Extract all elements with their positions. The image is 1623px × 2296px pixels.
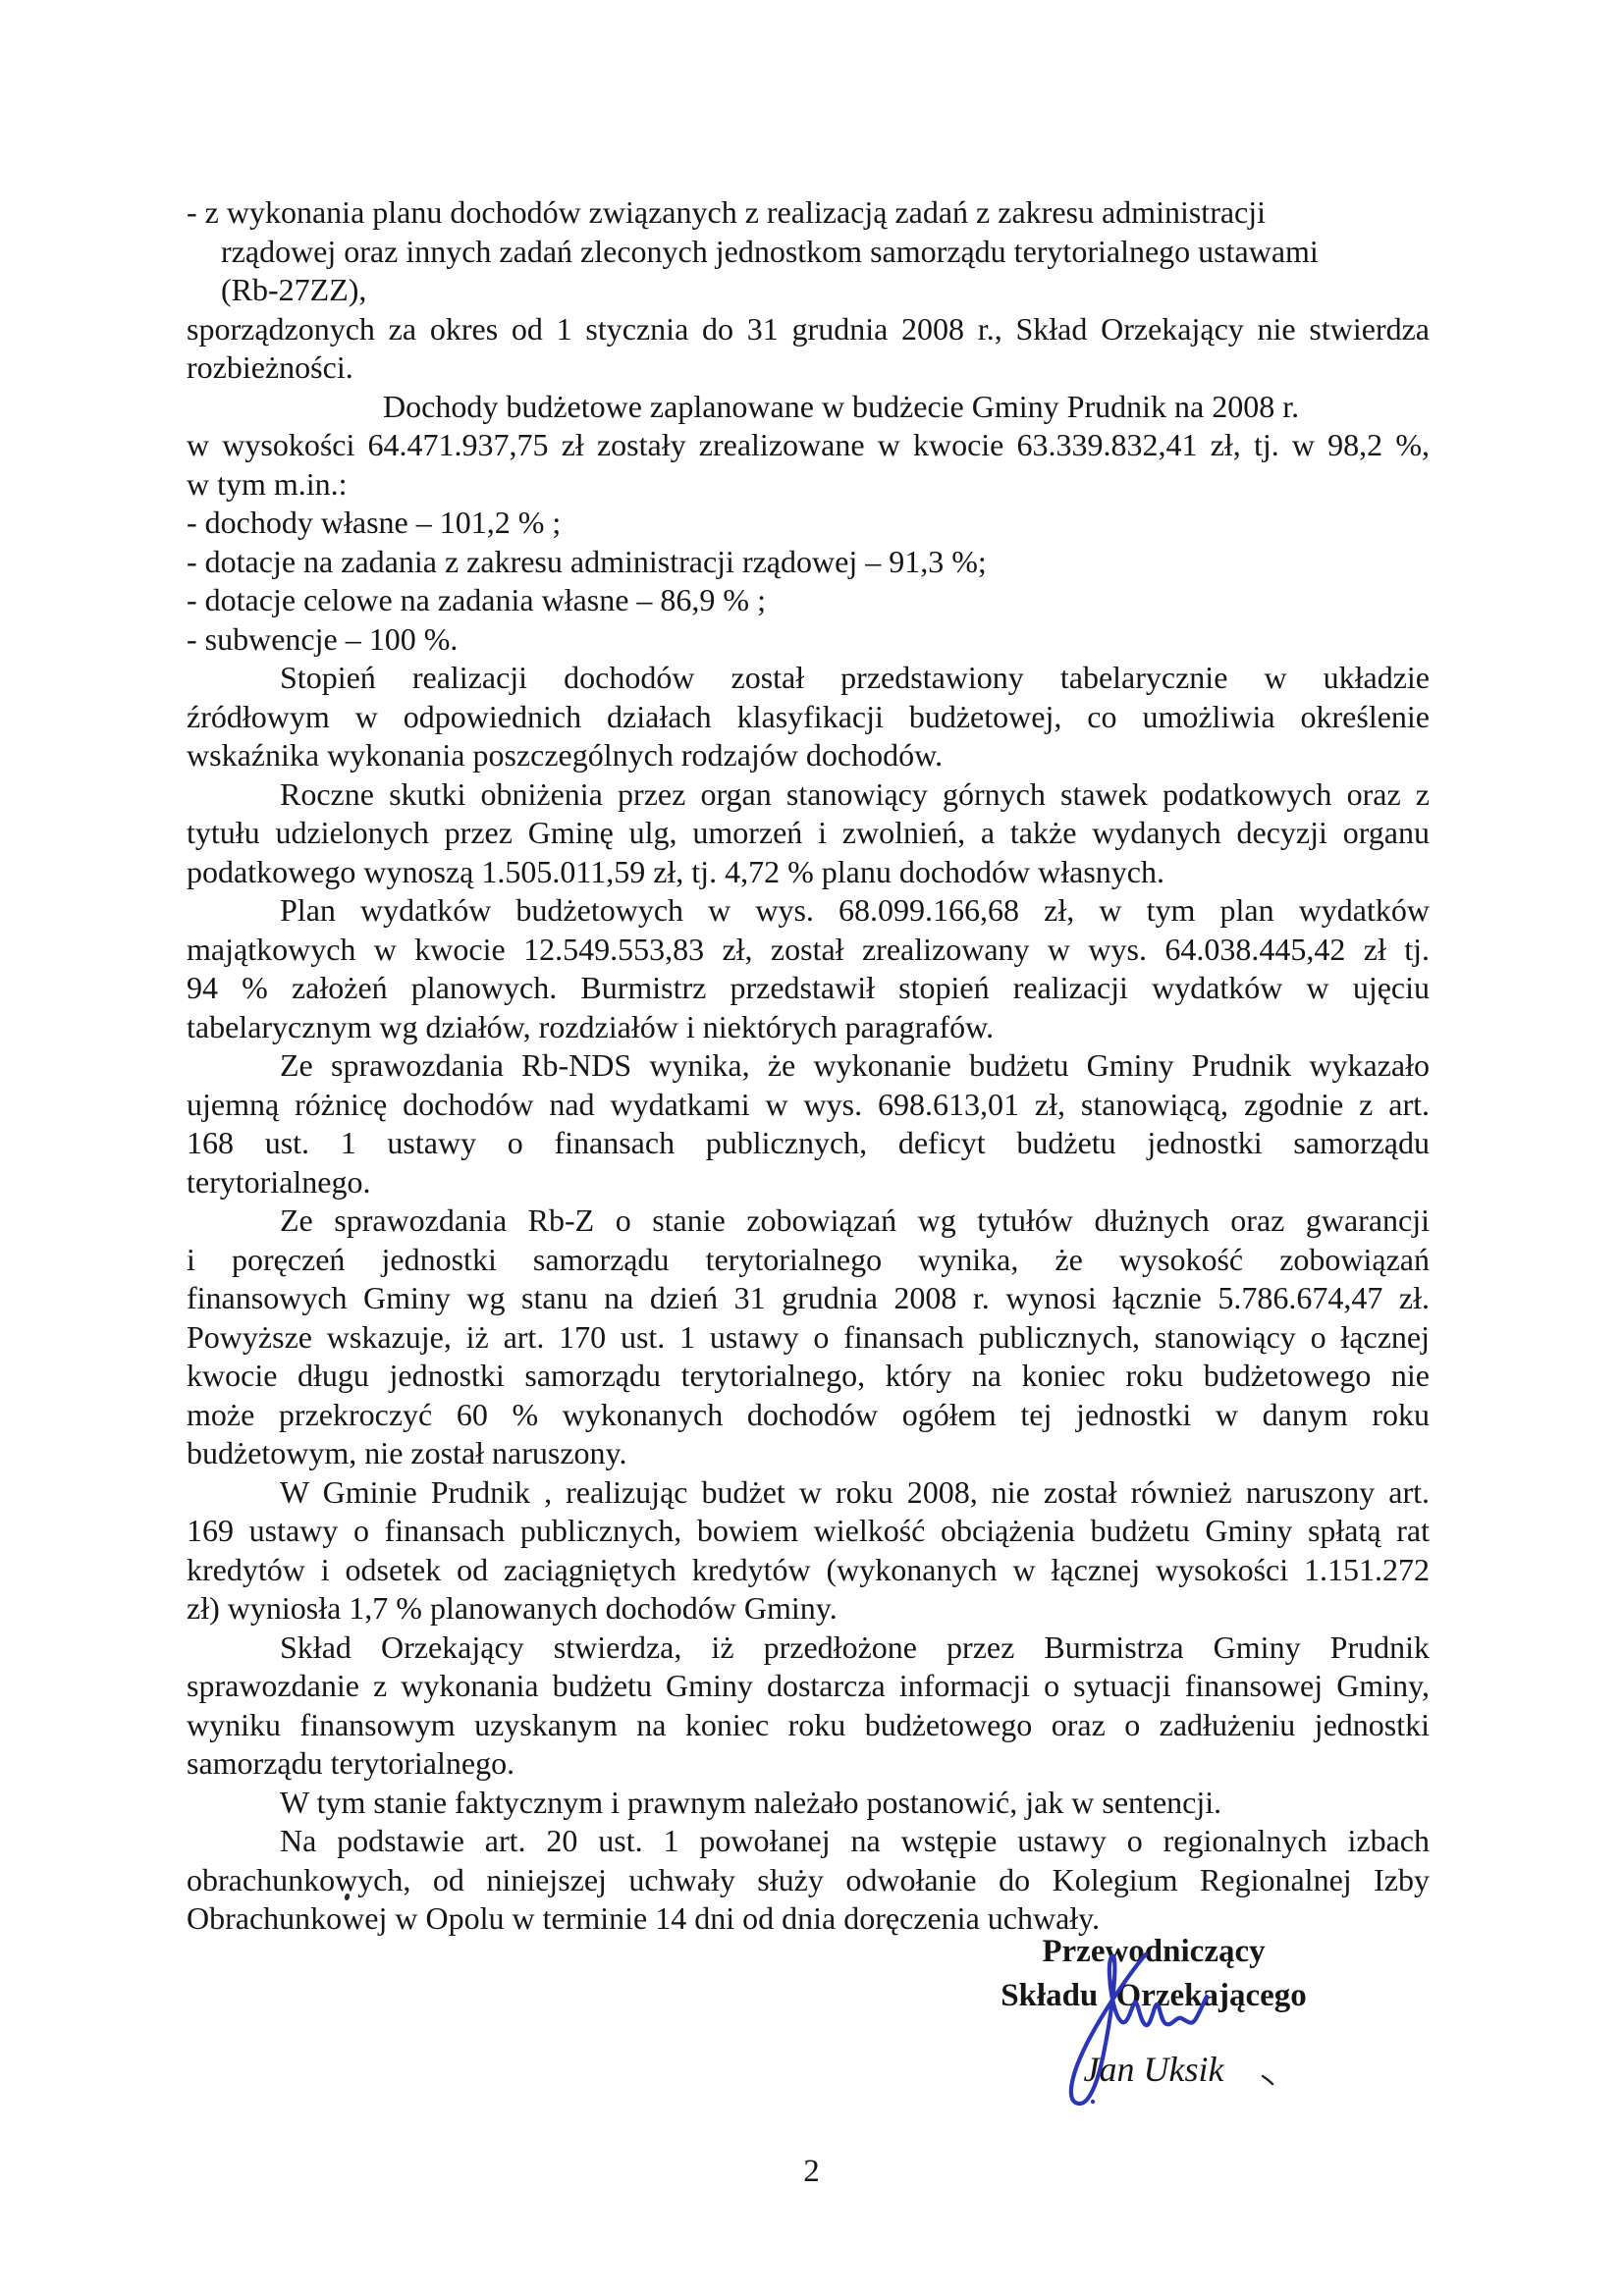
text-line: terytorialnego. <box>187 1163 1430 1202</box>
text-line: w tym m.in.: <box>187 465 1430 505</box>
text-line: budżetowym, nie został naruszony. <box>187 1434 1430 1473</box>
text-line: Plan wydatków budżetowych w wys. 68.099.… <box>187 891 1430 931</box>
list-item: - dochody własne – 101,2 % ; <box>187 504 1430 543</box>
dash-list: - dochody własne – 101,2 % ; - dotacje n… <box>187 504 1430 659</box>
paragraph: sporządzonych za okres od 1 stycznia do … <box>187 310 1430 388</box>
text-line: wskaźnika wykonania poszczególnych rodza… <box>187 736 1430 775</box>
document-page: - z wykonania planu dochodów związanych … <box>0 0 1623 2296</box>
paragraph: Skład Orzekający stwierdza, iż przedłożo… <box>187 1629 1430 1784</box>
list-item: - dotacje celowe na zadania własne – 86,… <box>187 581 1430 620</box>
text-line: finansowych Gminy wg stanu na dzień 31 g… <box>187 1279 1430 1318</box>
text-line: - z wykonania planu dochodów związanych … <box>187 193 1430 233</box>
text-line: tabelarycznym wg działów, rozdziałów i n… <box>187 1008 1430 1047</box>
text-line: zł) wyniosła 1,7 % planowanych dochodów … <box>187 1589 1430 1629</box>
paragraph: W tym stanie faktycznym i prawnym należa… <box>187 1784 1430 1823</box>
text-line: podatkowego wynoszą 1.505.011,59 zł, tj.… <box>187 853 1430 892</box>
paragraph: Stopień realizacji dochodów został przed… <box>187 659 1430 775</box>
text-line: Powyższe wskazuje, iż art. 170 ust. 1 us… <box>187 1318 1430 1358</box>
text-line: i poręczeń jednostki samorządu terytoria… <box>187 1241 1430 1280</box>
text-line: samorządu terytorialnego. <box>187 1744 1430 1784</box>
paragraph: Ze sprawozdania Rb-NDS wynika, że wykona… <box>187 1046 1430 1201</box>
text-line: tytułu udzielonych przez Gminę ulg, umor… <box>187 814 1430 853</box>
text-line: wyniku finansowym uzyskanym na koniec ro… <box>187 1706 1430 1745</box>
text-line: 169 ustawy o finansach publicznych, bowi… <box>187 1512 1430 1551</box>
text-line: rozbieżności. <box>187 348 1430 388</box>
text-line: rządowej oraz innych zadań zleconych jed… <box>187 233 1430 272</box>
text-line: Dochody budżetowe zaplanowane w budżecie… <box>187 388 1430 427</box>
paragraph: Roczne skutki obniżenia przez organ stan… <box>187 775 1430 892</box>
text-line: ujemną różnicę dochodów nad wydatkami w … <box>187 1086 1430 1125</box>
paragraph: W Gminie Prudnik , realizując budżet w r… <box>187 1473 1430 1629</box>
signer-name: Jan Uksik <box>977 2048 1330 2091</box>
text-line: W Gminie Prudnik , realizując budżet w r… <box>187 1473 1430 1513</box>
document-body: - z wykonania planu dochodów związanych … <box>187 193 1430 1939</box>
paragraph: - z wykonania planu dochodów związanych … <box>187 193 1430 310</box>
signature-role-line-1: Przewodniczący <box>977 1930 1330 1974</box>
text-line: sprawozdanie z wykonania budżetu Gminy d… <box>187 1667 1430 1706</box>
text-line: Na podstawie art. 20 ust. 1 powołanej na… <box>187 1822 1430 1861</box>
text-line: Stopień realizacji dochodów został przed… <box>187 659 1430 698</box>
text-line: w wysokości 64.471.937,75 zł zostały zre… <box>187 426 1430 465</box>
paragraph: Na podstawie art. 20 ust. 1 powołanej na… <box>187 1822 1430 1939</box>
text-line: Skład Orzekający stwierdza, iż przedłożo… <box>187 1629 1430 1668</box>
signature-role-line-2: Składu Orzekającego <box>977 1974 1330 2018</box>
text-line: majątkowych w kwocie 12.549.553,83 zł, z… <box>187 931 1430 970</box>
text-line: źródłowym w odpowiednich działach klasyf… <box>187 698 1430 737</box>
text-line: 94 % założeń planowych. Burmistrz przeds… <box>187 969 1430 1008</box>
page-number: 2 <box>0 2152 1623 2191</box>
text-line: może przekroczyć 60 % wykonanych dochodó… <box>187 1396 1430 1435</box>
paragraph: Ze sprawozdania Rb-Z o stanie zobowiązań… <box>187 1201 1430 1473</box>
paragraph: Plan wydatków budżetowych w wys. 68.099.… <box>187 891 1430 1046</box>
text-line: sporządzonych za okres od 1 stycznia do … <box>187 310 1430 349</box>
text-line: 168 ust. 1 ustawy o finansach publicznyc… <box>187 1124 1430 1163</box>
text-line: Roczne skutki obniżenia przez organ stan… <box>187 775 1430 815</box>
text-line: Ze sprawozdania Rb-NDS wynika, że wykona… <box>187 1046 1430 1086</box>
text-line: obrachunkowych, od niniejszej uchwały sł… <box>187 1861 1430 1900</box>
scan-artifact-mark <box>1260 2073 1275 2087</box>
text-line: (Rb-27ZZ), <box>187 271 1430 310</box>
text-line: kwocie długu jednostki samorządu terytor… <box>187 1357 1430 1396</box>
text-line: kredytów i odsetek od zaciągniętych kred… <box>187 1551 1430 1590</box>
list-item: - dotacje na zadania z zakresu administr… <box>187 543 1430 582</box>
list-item: - subwencje – 100 %. <box>187 620 1430 660</box>
paragraph: Dochody budżetowe zaplanowane w budżecie… <box>187 388 1430 505</box>
signature-block: Przewodniczący Składu Orzekającego Jan U… <box>977 1930 1330 2091</box>
text-line: Ze sprawozdania Rb-Z o stanie zobowiązań… <box>187 1201 1430 1241</box>
text-line: W tym stanie faktycznym i prawnym należa… <box>187 1784 1430 1823</box>
